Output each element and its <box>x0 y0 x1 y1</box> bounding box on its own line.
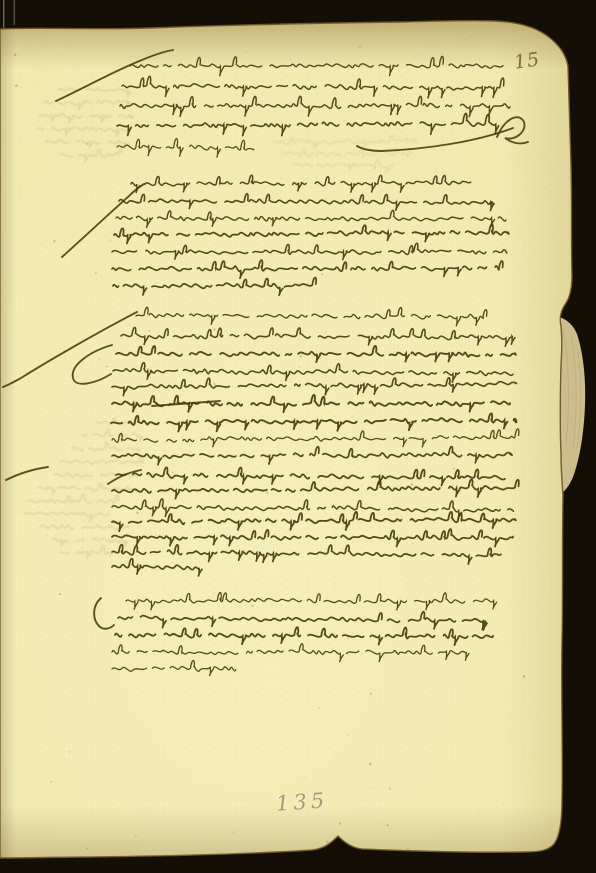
paper-speck <box>251 604 253 606</box>
paper-speck <box>86 847 88 849</box>
paper-speck <box>369 763 372 766</box>
paper-speck <box>419 486 420 487</box>
paper-speck <box>95 272 97 274</box>
paper-speck <box>538 160 539 161</box>
paper-speck <box>400 597 401 598</box>
paper-speck <box>407 848 408 849</box>
paper-speck <box>326 840 328 842</box>
paper-speck <box>387 824 389 826</box>
manuscript-photo: 15 135 <box>0 0 596 873</box>
paper-speck <box>299 355 301 357</box>
page-number-pencil: 135 <box>275 788 329 816</box>
paper-speck <box>149 330 151 332</box>
paper-speck <box>197 474 198 475</box>
paper-speck <box>59 593 61 595</box>
manuscript-scene <box>0 0 596 873</box>
paper-speck <box>316 631 317 632</box>
paper-speck <box>86 143 88 145</box>
folio-number-ink: 15 <box>513 48 542 73</box>
paper-speck <box>389 788 391 790</box>
paper-speck <box>53 240 55 242</box>
paper-speck <box>226 618 228 620</box>
paper-speck <box>471 429 472 430</box>
paper-speck <box>15 84 18 87</box>
paper-speck <box>348 734 350 736</box>
paper-speck <box>299 366 301 368</box>
paper-speck <box>51 781 53 783</box>
paper-speck <box>370 692 372 694</box>
paper-speck <box>453 467 455 469</box>
paper-speck <box>359 46 361 48</box>
paper-speck <box>213 328 215 330</box>
paper-speck <box>321 274 323 276</box>
paper-speck <box>411 483 413 485</box>
paper-speck <box>115 551 116 552</box>
paper-speck <box>434 459 435 460</box>
paper-speck <box>339 822 342 825</box>
paper-speck <box>186 247 187 248</box>
paper-speck <box>347 636 350 639</box>
paper-speck <box>115 488 117 490</box>
paper-speck <box>469 67 470 68</box>
paper-speck <box>99 359 100 360</box>
paper-speck <box>319 708 321 710</box>
paper-speck <box>304 777 305 778</box>
paper-speck <box>136 512 138 514</box>
paper-speck <box>214 383 216 385</box>
paper-speck <box>374 167 376 169</box>
paper-speck <box>412 542 414 544</box>
binding-edge-line <box>14 0 16 25</box>
paper-speck <box>109 239 111 241</box>
paper-speck <box>373 787 374 788</box>
paper-speck <box>267 492 269 494</box>
paper-speck <box>233 831 235 833</box>
paper-speck <box>135 835 136 836</box>
paper-speck <box>106 365 108 367</box>
paper-speck <box>104 37 105 38</box>
paper-speck <box>246 51 247 52</box>
paper-speck <box>147 752 148 753</box>
paper-speck <box>439 386 440 387</box>
paper-speck <box>463 39 465 41</box>
paper-speck <box>14 53 17 56</box>
paper-speck <box>68 751 71 754</box>
paper-speck <box>172 472 173 473</box>
paper-speck <box>487 636 489 638</box>
binding-edge-line <box>3 0 4 28</box>
paper-speck <box>523 675 525 677</box>
